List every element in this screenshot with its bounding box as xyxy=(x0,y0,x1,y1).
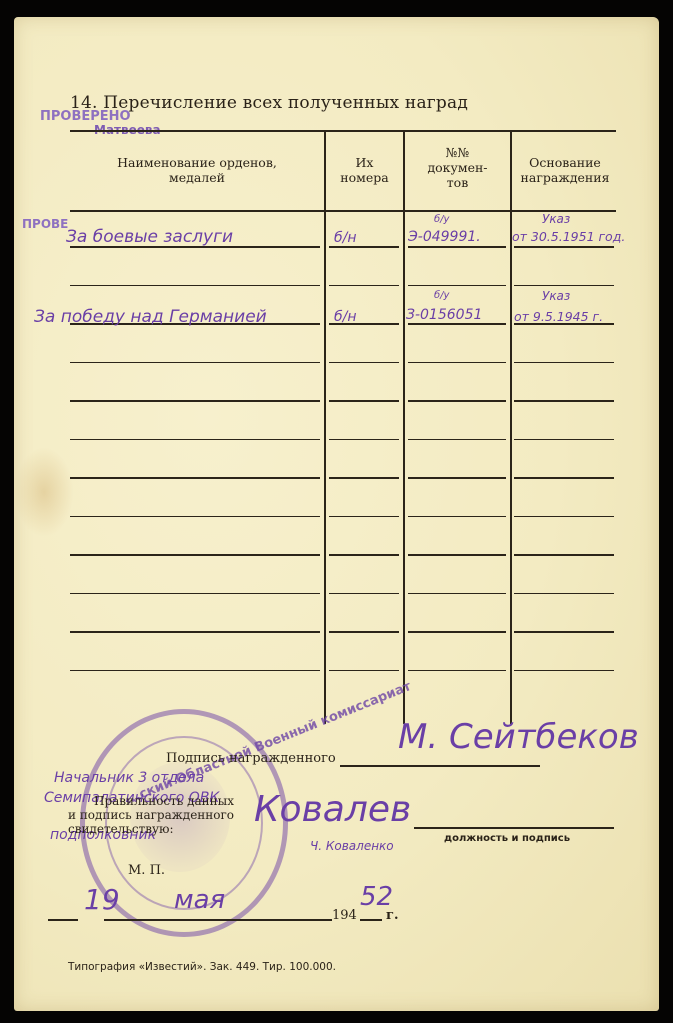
award-document-1: Э-049991. xyxy=(408,229,481,245)
table-row-line xyxy=(514,554,614,556)
table-row-line xyxy=(514,631,614,633)
table-row-line xyxy=(408,400,506,402)
table-row-line xyxy=(329,670,399,672)
date-month-line xyxy=(104,919,332,921)
table-row-line xyxy=(408,246,506,248)
table-row-line xyxy=(329,439,399,441)
table-row-line xyxy=(514,593,614,595)
recipient-signature: М. Сейтбеков xyxy=(398,717,639,757)
award-number-2: б/н xyxy=(334,309,357,325)
column-header-documents: №№ докумен- тов xyxy=(405,145,510,190)
table-row-line xyxy=(514,285,614,287)
date-day-line xyxy=(48,919,78,921)
printer-footer: Типография «Известий». Зак. 449. Тир. 10… xyxy=(68,961,336,973)
table-row-line xyxy=(408,554,506,556)
table-row-line xyxy=(514,670,614,672)
column-divider-2 xyxy=(403,132,405,724)
column-divider-1 xyxy=(324,132,326,724)
table-row-line xyxy=(70,400,320,402)
table-row-line xyxy=(329,477,399,479)
official-title-line-1: Начальник 3 отдела xyxy=(54,770,204,786)
table-row-line xyxy=(329,516,399,518)
recipient-signature-line xyxy=(340,765,540,767)
official-signature-line xyxy=(414,827,614,829)
checked-row-stamp: ПРОВЕ xyxy=(22,217,68,231)
table-row-line xyxy=(329,400,399,402)
table-top-rule xyxy=(70,130,616,132)
table-row-line xyxy=(70,362,320,364)
date-suffix: г. xyxy=(386,908,399,923)
table-row-line xyxy=(408,631,506,633)
date-year-line xyxy=(360,919,382,921)
table-row-line xyxy=(329,631,399,633)
table-row-line xyxy=(329,362,399,364)
certify-line-3: свидетельствую: xyxy=(68,822,174,836)
official-name: Ч. Коваленко xyxy=(310,839,394,853)
table-row-line xyxy=(329,554,399,556)
table-row-line xyxy=(329,285,399,287)
award-basis-1: от 30.5.1951 год. xyxy=(512,229,625,244)
position-label: должность и подпись xyxy=(444,833,570,844)
table-row-line xyxy=(408,362,506,364)
table-row-line xyxy=(408,439,506,441)
recipient-signature-label: Подпись награжденного xyxy=(166,751,336,766)
award-basis-2: от 9.5.1945 г. xyxy=(514,309,603,324)
column-divider-3 xyxy=(510,132,512,724)
table-row-line xyxy=(70,631,320,633)
table-row-line xyxy=(70,516,320,518)
table-row-line xyxy=(70,285,320,287)
official-signature: Ковалев xyxy=(254,789,411,830)
table-row-line xyxy=(70,593,320,595)
certify-line-2: и подпись награжденного xyxy=(68,808,234,822)
table-row-line xyxy=(70,477,320,479)
table-header-rule xyxy=(70,210,616,212)
table-row-line xyxy=(408,285,506,287)
column-header-basis: Основание награждения xyxy=(512,155,618,185)
table-row-line xyxy=(514,516,614,518)
table-row-line xyxy=(70,670,320,672)
checked-stamp: ПРОВЕРЕНО xyxy=(40,109,131,124)
doc-prefix-1: б/у xyxy=(434,214,449,225)
column-header-numbers: Их номера xyxy=(326,155,403,185)
table-row-line xyxy=(408,477,506,479)
table-row-line xyxy=(514,246,614,248)
table-row-line xyxy=(408,323,506,325)
paper-stain xyxy=(14,447,74,537)
doc-prefix-2: б/у xyxy=(434,290,449,301)
date-day: 19 xyxy=(84,883,120,916)
basis-prefix-2: Указ xyxy=(542,289,570,303)
table-row-line xyxy=(514,477,614,479)
award-number-1: б/н xyxy=(334,230,357,246)
document-page: 14. Перечисление всех полученных наград … xyxy=(14,17,659,1011)
award-name-1: За боевые заслуги xyxy=(66,227,233,247)
column-header-name: Наименование орденов, медалей xyxy=(74,155,320,185)
table-row-line xyxy=(329,593,399,595)
date-month: мая xyxy=(174,885,225,915)
date-year-printed: 194 xyxy=(332,908,357,923)
table-row-line xyxy=(514,400,614,402)
table-row-line xyxy=(408,670,506,672)
table-row-line xyxy=(70,439,320,441)
certify-line-1: Правильность данных xyxy=(94,794,234,808)
table-row-line xyxy=(514,362,614,364)
table-row-line xyxy=(408,593,506,595)
table-row-line xyxy=(514,439,614,441)
mp-label: М. П. xyxy=(128,863,165,878)
basis-prefix-1: Указ xyxy=(542,212,570,226)
table-row-line xyxy=(408,516,506,518)
table-row-line xyxy=(70,554,320,556)
table-row-line xyxy=(329,246,399,248)
award-name-2: За победу над Германией xyxy=(34,307,267,327)
award-document-2: З-0156051 xyxy=(406,307,482,323)
